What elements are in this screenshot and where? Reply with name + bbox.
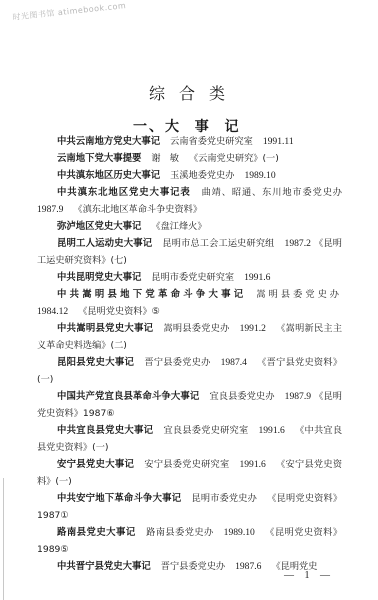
- page-title: 综合类: [0, 81, 378, 104]
- entry-date: 1989.10: [224, 527, 255, 538]
- entry-date: 1987.4: [221, 357, 247, 368]
- bibliography-entry: 中国共产党宜良县革命斗争大事记宜良县委党史办1987.9 《昆明党史资料》198…: [37, 388, 342, 422]
- entry-title: 中共云南地方党史大事记: [57, 136, 160, 147]
- entry-date: 1989.10: [244, 170, 275, 181]
- entry-author: 晋宁县委党史办: [161, 561, 225, 572]
- entry-date: 1987.2: [285, 238, 311, 249]
- entry-author: 谢 敏: [151, 153, 179, 164]
- entry-author: 曲靖、昭通、东川地市委党史办: [201, 187, 342, 198]
- bibliography-entry: 中共安宁地下革命斗争大事记昆明市委党史办《昆明党史资料》1987①: [37, 490, 342, 524]
- bibliography-entry: 中共滇东地区历史大事记玉溪地委党史办1989.10: [37, 167, 342, 184]
- bibliography-entry: 昆明工人运动史大事记昆明市总工会工运史研究组1987.2 《昆明工运史研究资料》…: [37, 235, 342, 269]
- entry-source: 《云南党史研究》(一): [189, 153, 279, 164]
- entry-date: 1991.6: [239, 459, 265, 470]
- bibliography-entry: 中共滇东北地区党史大事记表曲靖、昭通、东川地市委党史办 1987.9《滇东北地区…: [37, 184, 342, 218]
- bibliography-entry: 中共嵩明县党史大事记嵩明县委党史办1991.2《嵩明新民主主义革命史料选编》(二…: [37, 320, 342, 354]
- scan-edge-line: [3, 478, 4, 600]
- entry-author: 云南省委党史研究室: [170, 136, 253, 147]
- entry-title: 中国共产党宜良县革命斗争大事记: [57, 391, 199, 402]
- bibliography-entry: 中共云南地方党史大事记云南省委党史研究室1991.11: [37, 133, 342, 150]
- entry-source: 《滇东北地区革命斗争史资料》: [73, 204, 202, 215]
- entry-date: 1987.9: [285, 391, 311, 402]
- entry-author: 晋宁县委党史办: [144, 357, 210, 368]
- entry-author: 嵩明县委党史办: [163, 323, 229, 334]
- entry-author: 嵩明县委党史办: [256, 289, 342, 300]
- entry-title: 中共嵩明县地下党革命斗争大事记: [57, 289, 246, 300]
- entry-source: 《昆明党史资料》⑤: [78, 306, 160, 317]
- entry-author: 宜良县委党史办: [209, 391, 274, 402]
- entry-title: 云南地下党大事提要: [57, 153, 141, 164]
- entry-title: 中共嵩明县党史大事记: [57, 323, 153, 334]
- entry-title: 昆明工人运动史大事记: [57, 238, 152, 249]
- entry-title: 路南县党史大事记: [57, 527, 136, 538]
- bibliography-entry: 中共宜良县党史大事记宜良县委党史研究室1991.6《中共宜良县党史资料》(一): [37, 422, 342, 456]
- bibliography-list: 中共云南地方党史大事记云南省委党史研究室1991.11 云南地下党大事提要谢 敏…: [37, 133, 342, 575]
- entry-title: 昆阳县党史大事记: [57, 357, 134, 368]
- entry-title: 中共昆明党史大事记: [57, 272, 141, 283]
- entry-title: 安宁县党史大事记: [57, 459, 134, 470]
- bibliography-entry: 昆阳县党史大事记晋宁县委党史办1987.4《晋宁县党史资料》(一): [37, 354, 342, 388]
- entry-date: 1991.6: [258, 425, 284, 436]
- entry-title: 弥泸地区党史大事记: [57, 221, 141, 232]
- entry-author: 玉溪地委党史办: [170, 170, 234, 181]
- entry-title: 中共宜良县党史大事记: [57, 425, 153, 436]
- bibliography-entry: 中共嵩明县地下党革命斗争大事记嵩明县委党史办 1984.12《昆明党史资料》⑤: [37, 286, 342, 320]
- entry-date: 1991.11: [263, 136, 294, 147]
- entry-author: 昆明市委党史研究室: [151, 272, 234, 283]
- entry-title: 中共滇东北地区党史大事记表: [57, 187, 191, 198]
- bibliography-entry: 云南地下党大事提要谢 敏《云南党史研究》(一): [37, 150, 342, 167]
- bibliography-entry: 弥泸地区党史大事记《盘江烽火》: [37, 218, 342, 235]
- entry-date: 1991.6: [244, 272, 270, 283]
- entry-title: 中共安宁地下革命斗争大事记: [57, 493, 181, 504]
- bibliography-entry: 中共昆明党史大事记昆明市委党史研究室1991.6: [37, 269, 342, 286]
- entry-title: 中共晋宁县党史大事记: [57, 561, 151, 572]
- entry-author: 宜良县委党史研究室: [163, 425, 248, 436]
- entry-author: 昆明市委党史办: [191, 493, 257, 504]
- entry-date: 1991.2: [240, 323, 266, 334]
- entry-title: 中共滇东地区历史大事记: [57, 170, 160, 181]
- watermark: 时光图书馆 atimebook.com: [12, 0, 127, 23]
- bibliography-entry: 安宁县党史大事记安宁县委党史研究室1991.6《安宁县党史资料》(一): [37, 456, 342, 490]
- page-number: — 1 —: [284, 570, 334, 581]
- entry-author: 昆明市总工会工运史研究组: [162, 238, 274, 249]
- entry-date: 1987.6: [235, 561, 261, 572]
- bibliography-entry: 路南县党史大事记路南县委党史办1989.10《昆明党史资料》1989⑤: [37, 524, 342, 558]
- entry-date: 1984.12: [37, 306, 68, 317]
- entry-source: 《盘江烽火》: [151, 221, 206, 232]
- entry-author: 路南县委党史办: [146, 527, 214, 538]
- entry-date: 1987.9: [37, 204, 63, 215]
- entry-author: 安宁县委党史研究室: [144, 459, 229, 470]
